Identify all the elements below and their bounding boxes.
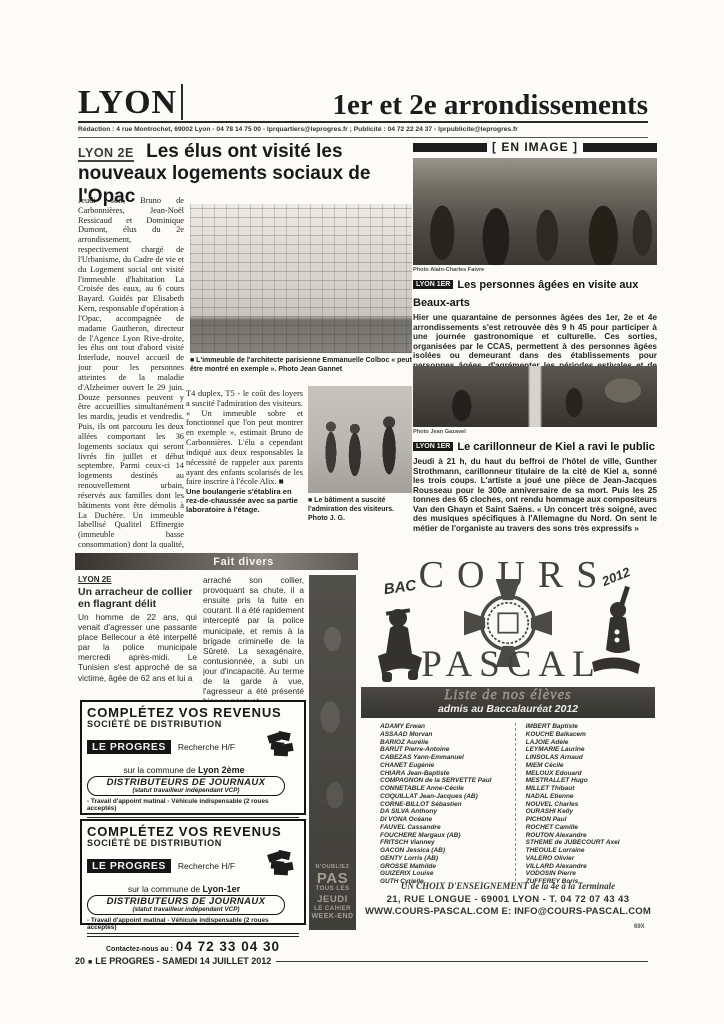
student-name: OURASHI Kelly: [526, 808, 648, 816]
cours-pascal-tagline: UN CHOIX D'ENSEIGNEMENT de la 4e à la Te…: [358, 881, 658, 891]
cours-pascal-banner: Liste de nos élèves admis au Baccalauréa…: [361, 687, 655, 718]
footer-rule: [276, 961, 648, 962]
job-ad-subheadline: SOCIÉTÉ DE DISTRIBUTION: [87, 719, 299, 729]
student-name: LEYMARIE Laurine: [526, 746, 648, 754]
commune-prefix: sur la commune de: [128, 884, 203, 894]
banner-line-2: admis au Baccalauréat 2012: [361, 704, 655, 716]
student-name: MELOUX Edouard: [526, 770, 648, 778]
newspaper-page: LYON 1er et 2e arrondissements Rédaction…: [0, 0, 724, 1024]
weekend-ad-line: LE CAHIER: [314, 906, 351, 914]
masthead: LYON 1er et 2e arrondissements Rédaction…: [78, 84, 648, 138]
student-name: FOUCHERE Margaux (AB): [380, 832, 515, 840]
fait-divers-column-1: LYON 2E Un arracheur de collier en flagr…: [78, 575, 197, 715]
masthead-contact-line: Rédaction : 4 rue Montrochet, 69002 Lyon…: [78, 123, 648, 138]
le-progres-logo: LE PROGRES: [87, 740, 171, 754]
student-name: PICHON Paul: [526, 816, 648, 824]
student-name: GROSSE Mathilde: [380, 863, 515, 871]
job-ad-brand-row: LE PROGRES Recherche H/F: [87, 849, 299, 882]
student-name: VODOSIN Pierre: [526, 870, 648, 878]
carillon-article: LYON 1ERLe carillonneur de Kiel a ravi l…: [413, 437, 657, 533]
le-progres-logo: LE PROGRES: [87, 859, 171, 873]
job-ad-lyon-1: COMPLÉTEZ VOS REVENUS SOCIÉTÉ DE DISTRIB…: [80, 819, 306, 925]
job-ad-lyon-2: COMPLÉTEZ VOS REVENUS SOCIÉTÉ DE DISTRIB…: [80, 700, 306, 815]
section-name: LYON: [78, 86, 177, 120]
student-name: GENTY Lorris (AB): [380, 855, 515, 863]
student-name: NOUVEL Charles: [526, 801, 648, 809]
student-name: MESTRALLET Hugo: [526, 777, 648, 785]
main-article-column-1: Jeudi soir, Bruno de Carbonnières, Jean-…: [78, 196, 184, 548]
student-name: CORNE-BILLOT Sébastien: [380, 801, 515, 809]
masthead-row: LYON 1er et 2e arrondissements: [78, 84, 648, 123]
student-name: ROCHET Camille: [526, 824, 648, 832]
fait-divers-text-1: Un homme de 22 ans, qui venait d'agresse…: [78, 612, 197, 683]
en-image-header: [ EN IMAGE ]: [413, 140, 657, 154]
student-name: ROUTON Alexandre: [526, 832, 648, 840]
beaux-arts-kicker: LYON 1ER: [413, 280, 453, 289]
student-name: BARUT Pierre-Antoine: [380, 746, 515, 754]
student-names-right: IMBERT BaptisteKOUCHE BalkacemLAJOIE Adè…: [515, 723, 648, 886]
student-name: GUIZERIX Louise: [380, 870, 515, 878]
job-ad-conditions: - Travail d'appoint matinal - Véhicule i…: [87, 798, 299, 815]
newspaper-stack-icon: [265, 849, 295, 882]
job-ad-status: (statut travailleur indépendant VCP): [90, 906, 282, 913]
header-bar-right: [583, 143, 657, 152]
main-article-kicker: LYON 2E: [78, 146, 134, 162]
student-name: CABEZAS Yann-Emmanuel: [380, 754, 515, 762]
cours-pascal-address: 21, RUE LONGUE - 69001 LYON - T. 04 72 0…: [358, 894, 658, 905]
student-name: FRITSCH Vianney: [380, 839, 515, 847]
footer-paper-name: LE PROGRES: [95, 956, 154, 966]
weekend-ad-line: TOUS LES: [316, 886, 350, 894]
student-name: VALERO Olivier: [526, 855, 648, 863]
job-ad-headline: COMPLÉTEZ VOS REVENUS: [87, 705, 299, 720]
job-ad-contact-row: Contactez-nous au : 04 72 33 04 30: [87, 936, 299, 956]
student-name: IMBERT Baptiste: [526, 723, 648, 731]
job-ad-role-box: DISTRIBUTEURS DE JOURNAUX (statut travai…: [87, 895, 285, 915]
job-ad-status: (statut travailleur indépendant VCP): [90, 787, 282, 794]
carillon-body: Jeudi à 21 h, du haut du beffroi de l'hô…: [413, 457, 657, 533]
student-name: GACON Jessica (AB): [380, 847, 515, 855]
en-image-label: [ EN IMAGE ]: [492, 140, 578, 154]
page-footer: 20 ■ LE PROGRES - SAMEDI 14 JUILLET 2012: [75, 956, 648, 966]
footer-bullet: ■: [88, 959, 92, 966]
student-name: LAJOIE Adèle: [526, 739, 648, 747]
section-title: LYON: [78, 84, 183, 120]
page-code: 69X: [634, 924, 645, 930]
cours-pascal-web: WWW.COURS-PASCAL.COM E: INFO@COURS-PASCA…: [358, 906, 658, 917]
weekend-ad-line: JEUDI: [317, 894, 347, 906]
student-name: COQUILLAT Jean-Jacques (AB): [380, 793, 515, 801]
student-name: CHIARA Jean-Baptiste: [380, 770, 515, 778]
visitors-photo-caption: ■ Le bâtiment a suscité l'admiration des…: [308, 497, 412, 523]
fait-divers-column-2: arraché son collier, provoquant sa chute…: [203, 575, 304, 715]
student-name: STHEME de JUBECOURT Axel: [526, 839, 648, 847]
student-name: CONNETABLE Anne-Cécile: [380, 785, 515, 793]
student-name: VILLARD Alexandre: [526, 863, 648, 871]
contact-phone: 04 72 33 04 30: [176, 939, 280, 954]
student-name: DI VONA Océane: [380, 816, 515, 824]
edition-title: 1er et 2e arrondissements: [333, 91, 648, 120]
job-ad-commune-line: sur la commune de Lyon 2ème: [87, 765, 281, 775]
commune-prefix: sur la commune de: [123, 765, 198, 775]
carillon-title: Le carillonneur de Kiel a ravi le public: [457, 441, 654, 453]
job-ad-recherche: Recherche H/F: [178, 742, 235, 752]
footer-date: - SAMEDI 14 JUILLET 2012: [157, 956, 272, 966]
student-name: FAUVEL Cassandre: [380, 824, 515, 832]
job-ad-brand-row: LE PROGRES Recherche H/F: [87, 730, 299, 763]
job-ad-conditions: - Travail d'appoint matinal - Véhicule i…: [87, 917, 299, 934]
job-ad-role-box: DISTRIBUTEURS DE JOURNAUX (statut travai…: [87, 776, 285, 796]
student-name: KOUCHE Balkacem: [526, 731, 648, 739]
cours-pascal-name-line2: PASCAL: [358, 643, 658, 686]
commune-name: Lyon 2ème: [198, 765, 245, 775]
footer-page-number: 20: [75, 956, 85, 966]
masthead-divider-bar: [181, 84, 183, 120]
job-ad-subheadline: SOCIÉTÉ DE DISTRIBUTION: [87, 838, 299, 848]
student-name: BARIOZ Aurélie: [380, 739, 515, 747]
student-names: ADAMY ErwanASSAAD MorvanBARIOZ AurélieBA…: [380, 723, 648, 886]
student-name: NADAL Etienne: [526, 793, 648, 801]
weekend-ad-line: PAS: [317, 871, 348, 887]
building-photo: [190, 204, 412, 353]
job-ad-headline: COMPLÉTEZ VOS REVENUS: [87, 824, 299, 839]
student-name: ASSAAD Morvan: [380, 731, 515, 739]
student-name: COMPAGNON de la SERVETTE Paul: [380, 777, 515, 785]
contact-label: Contactez-nous au :: [106, 946, 173, 953]
cours-pascal-ad: COURS BAC 2012 PASCAL List: [358, 553, 658, 923]
visitors-photo: [308, 386, 412, 493]
student-name: MILLET Thibaut: [526, 785, 648, 793]
main-article-column-2: T4 duplex, T5 - le coût des loyers a sus…: [186, 389, 303, 551]
carillon-photo: [413, 366, 657, 427]
student-name: THEOULE Lorraine: [526, 847, 648, 855]
student-name: ADAMY Erwan: [380, 723, 515, 731]
banner-line-1: Liste de nos élèves: [361, 688, 655, 704]
fait-divers-title: Un arracheur de collier en flagrant déli…: [78, 586, 197, 610]
weekend-supplement-ad: N'OUBLIEZPASTOUS LESJEUDILE CAHIERWEEK-E…: [309, 575, 356, 930]
carillon-kicker: LYON 1ER: [413, 442, 453, 451]
job-ad-recherche: Recherche H/F: [178, 861, 235, 871]
header-bar-left: [413, 143, 487, 152]
student-name: LINSOLAS Arnaud: [526, 754, 648, 762]
beaux-arts-photo-credit: Photo Alain-Charles Faivre: [413, 267, 484, 273]
weekend-ad-line: WEEK-END: [311, 913, 353, 922]
student-names-left: ADAMY ErwanASSAAD MorvanBARIOZ AurélieBA…: [380, 723, 515, 886]
student-name: CHANET Eugénie: [380, 762, 515, 770]
beaux-arts-photo: [413, 158, 657, 265]
commune-name: Lyon-1er: [202, 884, 240, 894]
carillon-photo-credit: Photo Jean Gazavel: [413, 429, 466, 435]
fait-divers-kicker: LYON 2E: [78, 575, 197, 585]
main-article-column-2-text: T4 duplex, T5 - le coût des loyers a sus…: [186, 389, 303, 487]
building-photo-caption: ■ L'immeuble de l'architecte parisienne …: [190, 357, 412, 375]
student-name: MIEM Cécile: [526, 762, 648, 770]
student-name: DA SILVA Anthony: [380, 808, 515, 816]
newspaper-stack-icon: [265, 730, 295, 763]
main-article-note: Une boulangerie s'établira en rez-de-cha…: [186, 488, 303, 514]
job-ad-commune-line: sur la commune de Lyon-1er: [87, 884, 281, 894]
